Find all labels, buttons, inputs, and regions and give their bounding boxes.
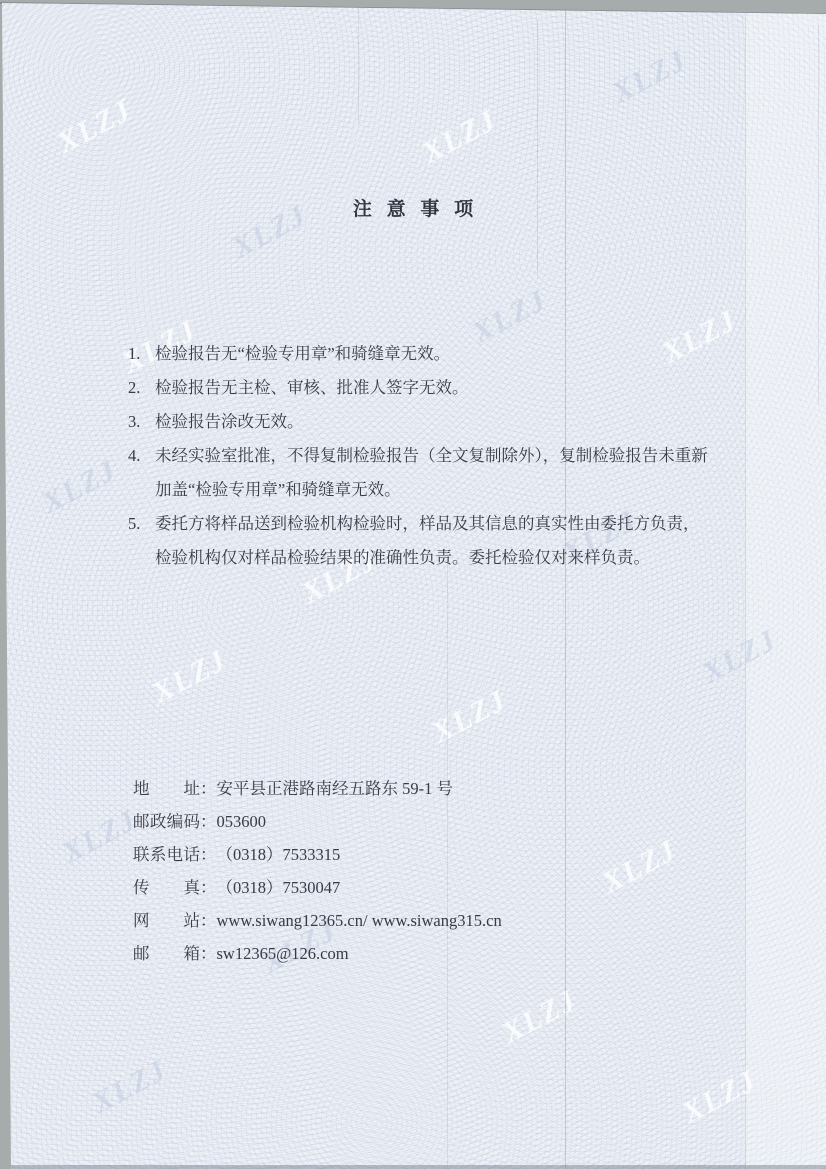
note-number: 1. (128, 337, 155, 371)
crease-line (358, 4, 359, 124)
contact-value: （0318）7530047 (217, 871, 341, 904)
note-text: 委托方将样品送到检验机构检验时，样品及其信息的真实性由委托方负责， 检验机构仅对… (155, 507, 700, 575)
scanned-page: XLZJ XLZJ XLZJ XLZJ XLZJ XLZJ XLZJ XLZJ … (0, 0, 826, 1169)
contact-row-fax: 传真：（0318）7530047 (133, 871, 693, 904)
scan-bottom-edge (0, 1165, 826, 1169)
contact-value: sw12365@126.com (217, 937, 349, 970)
contact-row-address: 地址：安平县正港路南经五路东 59-1 号 (133, 772, 693, 805)
contact-block: 地址：安平县正港路南经五路东 59-1 号 邮政编码：053600 联系电话：（… (133, 772, 693, 970)
contact-label: 网站 (133, 904, 200, 937)
note-item: 1. 检验报告无“检验专用章”和骑缝章无效。 (128, 337, 788, 371)
note-item: 5. 委托方将样品送到检验机构检验时，样品及其信息的真实性由委托方负责， 检验机… (128, 507, 788, 575)
note-number: 4. (128, 439, 155, 473)
contact-row-phone: 联系电话：（0318）7533315 (133, 838, 693, 871)
contact-colon: ： (200, 838, 217, 871)
contact-colon: ： (200, 805, 217, 838)
paper-sheet: XLZJ XLZJ XLZJ XLZJ XLZJ XLZJ XLZJ XLZJ … (0, 0, 826, 1169)
note-number: 2. (128, 371, 155, 405)
crease-line (537, 20, 538, 275)
note-text: 未经实验室批准，不得复制检验报告（全文复制除外），复制检验报告未重新 加盖“检验… (155, 439, 708, 507)
contact-value: 053600 (217, 805, 267, 838)
contact-value: （0318）7533315 (217, 838, 341, 871)
crease-line (565, 8, 566, 1169)
note-number: 3. (128, 405, 155, 439)
contact-value: www.siwang12365.cn/ www.siwang315.cn (217, 904, 502, 937)
note-text: 检验报告涂改无效。 (155, 405, 304, 439)
page-title: 注 意 事 项 (0, 194, 826, 221)
note-text: 检验报告无“检验专用章”和骑缝章无效。 (155, 337, 450, 371)
contact-label: 地址 (133, 772, 200, 805)
contact-colon: ： (200, 904, 217, 937)
page-fold-column (745, 0, 826, 1169)
contact-row-postcode: 邮政编码：053600 (133, 805, 693, 838)
note-item: 3. 检验报告涂改无效。 (128, 405, 788, 439)
note-item: 4. 未经实验室批准，不得复制检验报告（全文复制除外），复制检验报告未重新 加盖… (128, 439, 788, 507)
contact-value: 安平县正港路南经五路东 59-1 号 (217, 772, 454, 805)
contact-row-website: 网站：www.siwang12365.cn/ www.siwang315.cn (133, 904, 693, 937)
contact-colon: ： (200, 772, 217, 805)
contact-colon: ： (200, 871, 217, 904)
contact-label: 传真 (133, 871, 200, 904)
notes-list: 1. 检验报告无“检验专用章”和骑缝章无效。 2. 检验报告无主检、审核、批准人… (128, 337, 788, 575)
contact-label: 联系电话 (133, 838, 200, 871)
note-text: 检验报告无主检、审核、批准人签字无效。 (155, 371, 469, 405)
contact-colon: ： (200, 937, 217, 970)
note-number: 5. (128, 507, 155, 541)
contact-label: 邮箱 (133, 937, 200, 970)
guilloche-pattern (0, 0, 826, 1169)
note-item: 2. 检验报告无主检、审核、批准人签字无效。 (128, 371, 788, 405)
contact-label: 邮政编码 (133, 805, 200, 838)
contact-row-email: 邮箱：sw12365@126.com (133, 937, 693, 970)
